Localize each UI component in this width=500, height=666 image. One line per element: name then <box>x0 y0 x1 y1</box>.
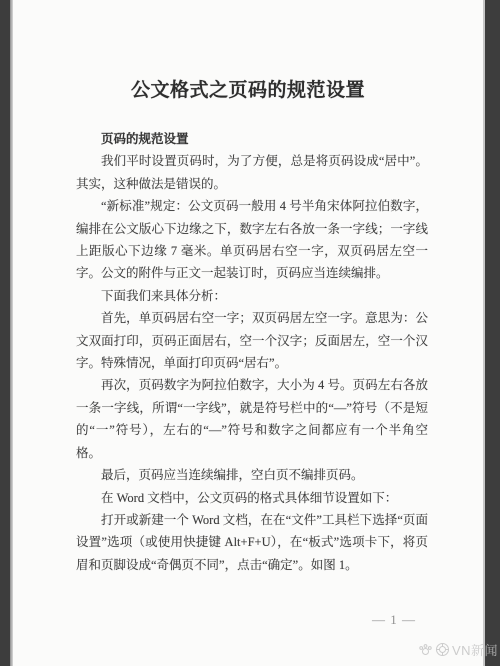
paragraph: 我们平时设置页码时，为了方便，总是将页码设成“居中”。其实，这种做法是错误的。 <box>76 150 428 195</box>
paragraph: 再次，页码数字为阿拉伯数字，大小为 4 号。页码左右各放一条一字线，所谓“一字线… <box>76 374 428 464</box>
paragraph: 打开或新建一个 Word 文档，在在“文件”工具栏下选择“页面设置”选项（或使用… <box>76 509 428 576</box>
paragraph: “新标准”规定：公文页码一般用 4 号半角宋体阿拉伯数字，编排在公文版心下边缘之… <box>76 195 428 285</box>
paragraph: 首先，单页码居右空一字；双页码居左空一字。意思为：公文双面打印，页码正面居右，空… <box>76 307 428 374</box>
document-body: 页码的规范设置 我们平时设置页码时，为了方便，总是将页码设成“居中”。其实，这种… <box>76 128 428 576</box>
paragraph: 最后，页码应当连续编排，空白页不编排页码。 <box>76 464 428 486</box>
paragraph: 下面我们来具体分析： <box>76 285 428 307</box>
document-page: 公文格式之页码的规范设置 页码的规范设置 我们平时设置页码时，为了方便，总是将页… <box>13 0 483 666</box>
watermark: VN新闻 <box>418 640 498 659</box>
watermark-label: VN新闻 <box>452 640 498 659</box>
logo-icon <box>435 642 450 657</box>
section-subheading: 页码的规范设置 <box>76 128 428 150</box>
paw-icon <box>418 642 433 657</box>
page-number: — 1 — <box>13 612 416 628</box>
photo-edge-left <box>0 0 10 666</box>
paragraph: 在 Word 文档中，公文页码的格式具体细节设置如下： <box>76 487 428 509</box>
photo-edge-right <box>485 0 500 666</box>
document-title: 公文格式之页码的规范设置 <box>13 78 483 104</box>
